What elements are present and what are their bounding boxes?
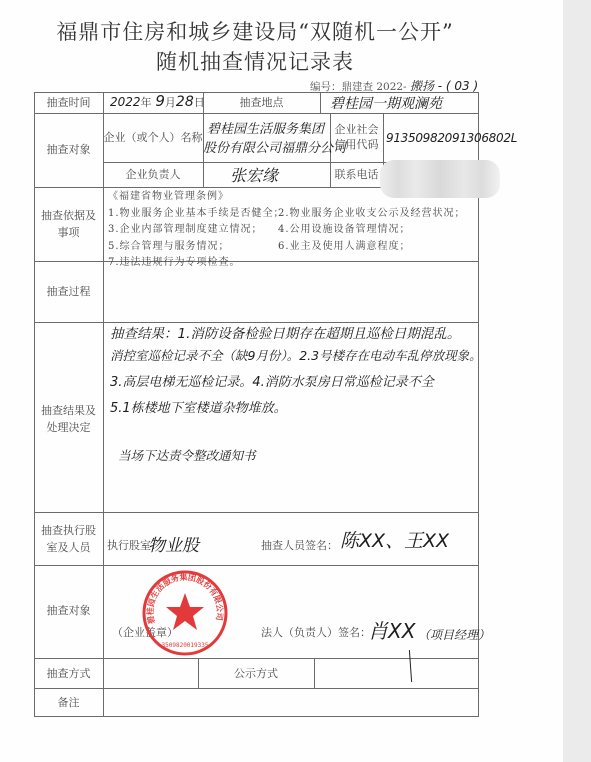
legal-signature: 肖XX [368,615,415,644]
company-name-line2: 股份有限公司福鼎分公司 [203,137,346,156]
label-publish-method: 公示方式 [198,665,314,682]
principal-value: 张宏缘 [230,163,278,186]
label-process: 抽查过程 [34,283,103,300]
basis-regulation: 《福建省物业管理条例》 [108,189,285,206]
document-title-line2: 随机抽查情况记录表 [0,46,510,76]
method-value [104,659,198,687]
exec-dept-value: 物业股 [148,531,199,556]
basis-content: 《福建省物业管理条例》 1.物业服务企业基本手续是否健全；2.物业服务企业收支公… [108,189,285,272]
label-remarks: 备注 [34,694,103,711]
remarks-value [104,689,478,715]
result-decision: 当场下达责令整改通知书 [118,446,256,464]
document-title-line1: 福鼎市住房和城乡建设局“双随机一公开” [0,16,510,46]
label-credit-code: 企业社会 信用代码 [330,122,383,152]
label-inspection-time: 抽查时间 [34,94,103,111]
label-basis: 抽查依据及 事项 [34,207,103,241]
scrollbar-thumb[interactable] [563,0,591,762]
label-principal: 企业负责人 [103,166,203,183]
seal-number: 3509820019335 [162,642,209,649]
credit-code-value: 91350982091306802L [386,131,517,145]
result-line-1: 抽查结果：1.消防设备检验日期存在超期且巡检日期混乱。 [110,322,460,342]
legal-signature-note: （项目经理） [418,626,490,643]
label-exec: 抽查执行股 室及人员 [34,522,103,556]
label-inspection-target: 抽查对象 [34,141,103,158]
label-result: 抽查结果及 处理决定 [34,402,103,436]
inspector-signatures: 陈XX、王XX [340,526,449,553]
label-object-sign: 抽查对象 [34,602,103,619]
basis-row: 5.综合管理与服务情况；6.业主及使用人满意程度； [108,239,285,256]
label-phone: 联系电话 [330,166,383,183]
basis-row: 1.物业服务企业基本手续是否健全；2.物业服务企业收支公示及经营状况； [108,206,285,223]
label-inspector-sign: 抽查人员签名： [261,537,338,554]
label-company-name: 企业（或个人）名称 [103,129,203,146]
result-line-3: 3.高层电梯无巡检记录。4.消防水泵房日常巡检记录不全 [110,371,434,390]
result-line-4: 5.1栋楼地下室楼道杂物堆放。 [110,397,287,416]
publish-method-value [315,659,478,687]
company-seal: 碧桂园生活服务集团股份有限公司福鼎分公司 3509820019335 [141,569,229,657]
process-value [108,266,474,316]
label-method: 抽查方式 [34,665,103,682]
basis-row: 3.企业内部管理制度建立情况；4.公用设施设备管理情况； [108,222,285,239]
label-legal-sign: 法人（负责人）签名： [261,624,371,641]
phone-redacted [380,160,500,198]
inspection-location-value: 碧桂园一期观澜苑 [330,93,442,113]
vertical-scrollbar[interactable] [563,0,591,762]
serial-handwritten: 搬扬 - ( 03 ) [410,79,478,93]
company-name-line1: 碧桂园生活服务集团 [207,118,324,137]
inspection-date: 2022年 9月28日 [110,92,205,110]
document-page: 福鼎市住房和城乡建设局“双随机一公开” 随机抽查情况记录表 编号：鼎建查 202… [0,0,563,762]
result-line-2: 消控室巡检记录不全（缺9月份）。2.3号楼存在电动车乱停放现象。 [110,346,482,364]
label-inspection-location: 抽查地点 [203,94,320,111]
